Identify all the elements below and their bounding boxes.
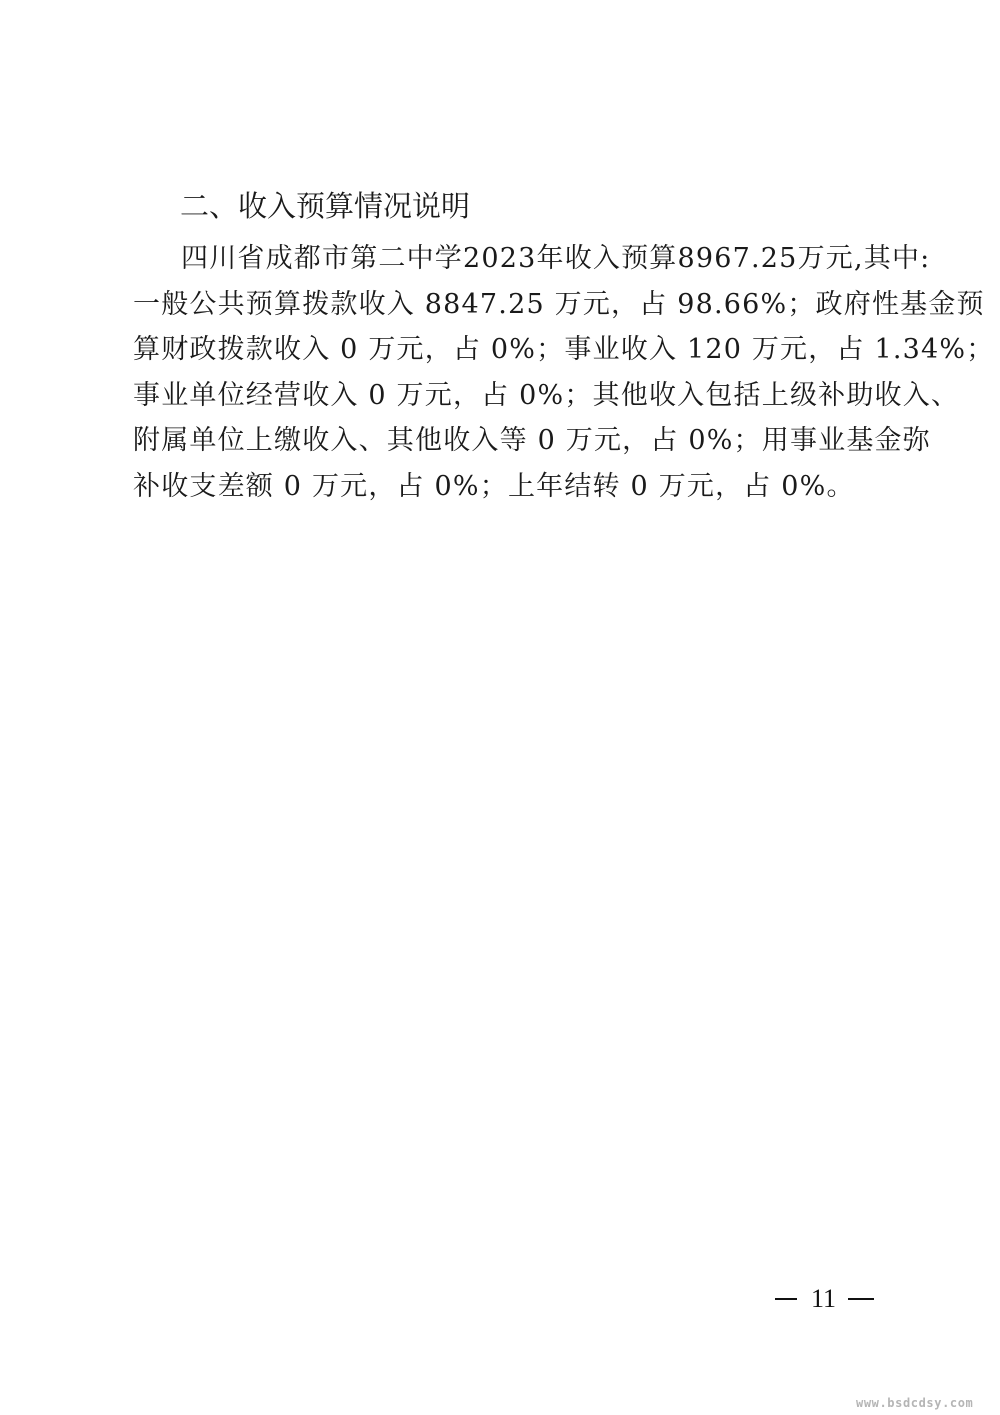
paragraph-line: 算财政拨款收入 0 万元，占 0%；事业收入 120 万元，占 1.34%； xyxy=(133,327,878,373)
watermark: www.bsdcdsy.com xyxy=(856,1396,973,1410)
page-number: 11 xyxy=(811,1284,836,1313)
paragraph-line: 一般公共预算拨款收入 8847.25 万元，占 98.66%；政府性基金预 xyxy=(133,282,878,328)
section-heading: 二、收入预算情况说明 xyxy=(180,186,470,226)
page-dash-right xyxy=(848,1298,874,1301)
page-dash-left xyxy=(775,1298,797,1300)
income-budget-paragraph: 四川省成都市第二中学2023年收入预算8967.25万元,其中: 一般公共预算拨… xyxy=(133,236,878,509)
paragraph-line: 四川省成都市第二中学2023年收入预算8967.25万元,其中: xyxy=(133,236,878,282)
paragraph-line: 补收支差额 0 万元，占 0%；上年结转 0 万元，占 0%。 xyxy=(133,464,878,510)
page-footer: 11 xyxy=(775,1284,874,1314)
paragraph-line: 事业单位经营收入 0 万元，占 0%；其他收入包括上级补助收入、 xyxy=(133,373,878,419)
paragraph-line: 附属单位上缴收入、其他收入等 0 万元，占 0%；用事业基金弥 xyxy=(133,418,878,464)
